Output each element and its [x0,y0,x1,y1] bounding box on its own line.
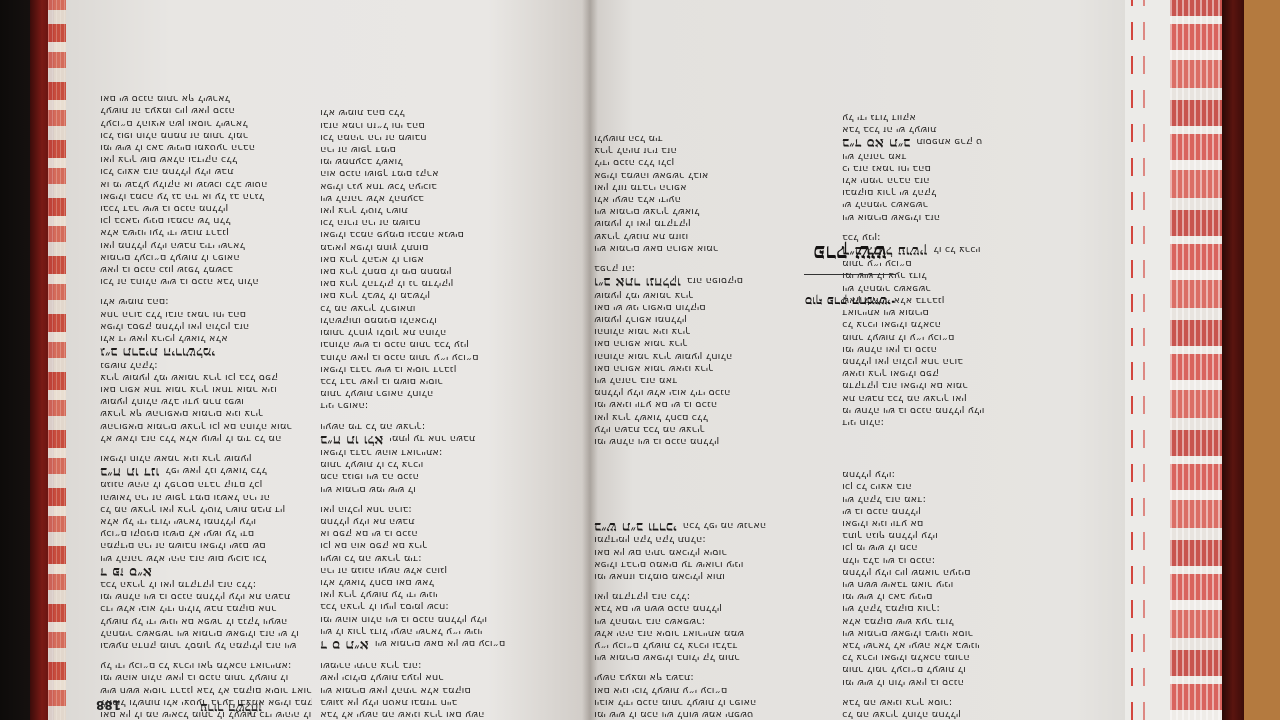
text-line: בכל הצריך לו ועיין בסימן שכח: [320,600,558,612]
text-line: אלא במקום שיש צער גדול [842,614,1100,626]
text-line: שאין בו סכנה כגון שנפל למשכב [100,263,312,275]
text-line: ולהשקותו סממנים ולהאכילו [320,314,558,326]
text-line: אבל לא יעשה מה שאינו צריך ואם עשה [320,708,558,720]
text-line: בשוגג אין עליו חטאת ובמזיד חייב [320,696,558,708]
text-line: ומי שמתעכב לשאול [320,155,558,167]
text-line: מחללין עליו שלא יבוא לידי סכנה [594,386,834,398]
text-line [594,663,834,671]
text-line: אבל ישראל לא יעשה אלא בשינוי [842,639,1100,651]
book-photo: ואם אין לו מה שיאכל מותר לו לעשות כדי שי… [0,0,1280,720]
text-line: שאינו צריך ואפילו ספק [842,367,1100,379]
text-line: אפילו בספק מחללין ואין הולכין בזה [100,320,312,332]
text-line: אפילו במשהו שאפשר לבוא [594,168,834,180]
text-line: אבל אם יש חשש סכנה מחללין [594,602,834,614]
text-line: ויש חשש שיאבד מאור עיניו [842,578,1100,590]
text-line: על ידי עכו״ם כל צרכיו ואף מלאכה דאורייתא… [100,659,312,671]
text-line: ואפילו חולה שאמר אינו צריך שומעין [100,452,312,464]
text-line: או מי שבלע עלוקה או שנשכו כלב שוטה [100,177,312,189]
text-line: וכל הזריז הרי זה משובח [320,216,558,228]
text-line: שלא יהיה בזה איסור דאורייתא ממש [594,627,834,639]
text-line: כל צרכיו ואפילו מלאכה גמורה [842,651,1100,663]
text-line: ולא יעשה בלא ידיעה [594,193,834,205]
text-line: אבל מה שאינו צריך אסור: [842,696,1100,708]
text-line [842,436,1100,444]
text-line: ובחולה שיש בו סכנה מותר בכל ענין [320,338,558,350]
text-line: מותר לומר לעכו״ם לעשות לו [842,663,1100,675]
text-line: ולעשות הכל מיד [594,132,834,144]
text-line: ואין צריך ליטול רשות [320,204,558,216]
text-line: וכל זה בחולה שיש בו סכנה אבל חולה [100,275,312,287]
text-line: ולא יחמיר הרבה בזה [842,174,1100,186]
text-line: דיני חולה: [842,416,1100,428]
text-line: וכל גופו חולה מחמת זה מותר לומר [100,129,312,141]
text-line: יש להחמיר כשאפשר [842,198,1100,210]
text-line: ב״ש ת״ב ודרכיהכל לפי מה שנראה [594,519,834,533]
text-line [842,428,1100,436]
text-line: עכו״ם וקטנים ונשים לא יעשו על ידם [100,527,312,539]
text-line [594,582,834,590]
text-line: ומי שהוא חולה שאין בו סכנה מותר לעשות לו [100,671,312,683]
text-line: ויש לו צורך גדול יעשה ישראל ע״י שינוי [320,625,558,637]
margin-marker: ב״ש ת״ב ודרכי [594,519,677,533]
text-line: ואם הרופא אומר צריך [594,337,834,349]
text-line: הוא סכנה ושופך דמים נקרא [320,167,558,179]
text-line: דיני רפואה: [320,399,558,411]
text-line: ואפילו אינו יודע אם [842,517,1100,529]
text-line: או ספק אם יש בו סכנה [320,527,558,539]
text-line: ואין צריך לעשות על ידי שינוי [320,588,558,600]
text-line: ויש אומרים שמי שיש לו [320,482,558,494]
text-line: ואפילו בכמה פעמים ובכמה אנשים [320,228,558,240]
text-line: ואם רופא אחד אומר צריך ואחד אומר אינו [100,383,312,395]
text-line: עליו השבת בכל מה שצריך [594,423,834,435]
text-line: מותר לעשות לו ע״י עכו״ם [842,330,1100,342]
text-line: ויש אומרים שאין להתיר אלא במקום [320,683,558,695]
text-line: שצריך אף שהרופאים אומרים אינו צריך [100,407,312,419]
text-line: שומעין לחולה שלב יודע מרת נפשו [100,395,312,407]
text-line: וכל המהיר הרי זה משובח [320,131,558,143]
text-line: ויבוא לידי סכנה מותר לעשות לו רפואה [594,696,834,708]
text-line: לעשות על ידי שינוי אם אפשר לו בנקל ויעשה [100,614,312,626]
text-line: מחללין ואין הולכין אחר הרוב [842,355,1100,367]
text-line: ואין צריך לשאול לחכם כלל [594,410,834,422]
text-line: את השבת בכל מה שצריך ואין [842,391,1100,403]
text-line: ואין לזוז מדברי הרופא [594,181,834,193]
text-line: ומקדימין הקל הקל תחלה: [594,533,834,545]
text-line: ומי שיש לו כאב עיניים [842,590,1100,602]
text-line: ויש אומרים שאפילו בחולי קל מותר [594,651,834,663]
text-line: ומי שיש לו מכה ויש לחוש שמא יתפשט [594,708,834,720]
text-line: ומי שחלה ואין בו סכנה [842,343,1100,355]
text-line: שיש חשש איסור דרבנן אבל לא במקום איסור ד… [100,683,312,695]
text-line: אלא על ידי גדולי ישראל ומחללין עליו [100,515,312,527]
text-line: יש בו סכנה מחללין [842,505,1100,517]
text-line: אלא בשינוי ועל ידי שבות דרבנן [100,226,312,238]
text-line: הרי זה שופך דמים [320,143,558,155]
text-line: ע״י עכו״ם לעשות כל צרכיו ובלבד [594,639,834,651]
text-line [594,503,834,511]
text-line: ואם צריך להדליק לו נר מדליקין [320,277,558,289]
text-line: ואין מדקדקין בזה כלל: [594,590,834,602]
book-cover-right [1222,0,1244,720]
text-line: ואין מחללין עליו השבת בידי ישראל [100,238,312,250]
text-line [320,495,558,503]
text-line: ד פז ס״א [100,564,312,578]
text-line: לא שאלו בזה כלל אלא עושין לו מיד כל מה [100,432,312,444]
text-line [594,447,834,455]
text-line: ואין צריך שום שאלה ובדיקה כלל [100,153,312,165]
text-line: כל מה שצריך לחולה מחללין [842,708,1100,720]
text-line: לעשות זה בעצמו כיון שאין סכנה [100,104,312,116]
text-line: והשואל הרי זה שופך דמים ונשאל הרי זה [100,490,312,502]
text-line: ואם אין שם היתר מאכילין איסור [594,545,834,557]
left-page-column-2: אבל לא יעשה מה שאינו צריך ואם עשהבשוגג א… [320,0,558,720]
text-line: אומרים לעכו״ם לעשות לו רפואה [100,251,312,263]
chapter-heading: פרק שש [760,240,940,266]
text-line: אבל בכל זה יש לעשות [842,123,1100,135]
text-line: מדקדקין בזה ואפילו אם אומר [842,379,1100,391]
text-line [100,287,312,295]
text-line: וכל כיוצא בזה מחללין עליו שבת [100,165,312,177]
text-line [320,411,558,419]
text-line: וכן אם הוא ספק אם צריך [320,539,558,551]
text-line: כי בזה נאמר וחי בהם [842,162,1100,174]
text-line: ויש אומרים שצריך לשאול [594,205,834,217]
text-line: שומעין לרופא ומחללין [594,313,834,325]
text-line: ואם צריך לחמם לו מים מחממין [320,265,558,277]
text-line: בתוך הגוף מחללין עליו [842,529,1100,541]
text-line: והחולה אומר אינו צריך [594,325,834,337]
text-line: ומי שחלה ויש בו סכנה מחללין עליו את השבת [100,590,312,602]
text-line: מותר לעשות רפואה לחולה [320,387,558,399]
running-head: ערוך השלחן [200,700,262,716]
text-line: ובמקום צורך יש להקל [842,186,1100,198]
text-line [100,651,312,659]
page-number: 188 [96,698,121,712]
text-line: ולא שימות בהם כלל [320,106,558,118]
text-line [594,463,834,471]
text-line [842,223,1100,231]
text-line: ב״ד סא ת״בתוספתא פרק ט [842,135,1100,149]
text-line [842,444,1100,452]
text-line: בכל דבר שאין בו משום איסור [320,375,558,387]
text-line: מביאין אפילו מחוץ לתחום [320,240,558,252]
text-line [594,495,834,503]
text-line: ושמירה יתירה צריך בזה: [320,659,558,671]
left-page-column-1: ואם אין לו מה שיאכל מותר לו לעשות כדי שי… [100,0,312,720]
text-line: ואם צריך להביא לו רופא [320,253,558,265]
text-line: וכן בכאבי עינים ובמכה של חלל [100,214,312,226]
text-line: אפילו רגע אחד שכל העיכוב [320,179,558,191]
text-line: שהרופאים אומרים שצריך וכן אם החולה אומר [100,419,312,431]
text-line [594,455,834,463]
text-line: כל מה שצריך ואין צריך ליטול רשות מבית די… [100,503,312,515]
text-line: ובכל דבר שיש בו סכנה מחללין [100,202,312,214]
text-line [594,479,834,487]
chapter-subheading: סוף פרק החמישי· [760,293,940,309]
text-line: בחולה שאין בו סכנה מותר ע״י עכו״ם [320,350,558,362]
text-line: ויש להחמיר בזה כשאפשר: [594,614,834,626]
text-line: ואפילו בדבר שהוא דאורייתא: [320,446,558,458]
margin-marker: ב״ד סא ת״ב [842,135,910,149]
text-line: שאין יכולים לעשות בענין אחר [320,671,558,683]
margin-marker: ב״ח תו ולא [320,432,383,446]
text-line: ובשעת הדחק מותר לסמוך על המקילין בזה ויש [100,639,312,651]
text-line: ולא די שאין צריכין לשאול אלא [100,332,312,344]
text-line: אפילו דברים טמאים עד שיאורו עיניו [594,558,834,570]
text-line: אחר הרוב כלל ובזה נאמר וחי בהם [100,308,312,320]
text-line: ויש אומרים שאפילו בזה [842,210,1100,222]
text-line: ויעשה מיד כל מה שצריך: [320,419,558,431]
text-line: ומי שאינו יודע אם יש בו סכנה [594,398,834,410]
text-line: בכל הצריך לו ואין מדקדקין בזה כלל: [100,578,312,590]
text-line: כדי שלא יבוא לידי חילול שבת במקום אחר [100,602,312,614]
text-line: לידי סכנה כלל ולכן [594,156,834,168]
text-line: ד ס ת״אויש אומרים שאם אין שם עכו״ם [320,637,558,651]
text-line: כל צרכיו ואפילו מלאכה [842,318,1100,330]
text-line: ואם יש סכנה מותר אף לישראל [100,92,312,104]
text-line: והחולה אומר צריך שומעין לחולה [594,349,834,361]
text-line [842,688,1100,696]
margin-marker: ד ס ת״א [320,637,369,651]
text-line: מותר לעשות לו כל צרכיו [320,458,558,470]
text-line [594,471,834,479]
text-line: על ידי גדול דווקא [842,111,1100,123]
text-line: ומי שחלה ויש בו סכנה מחללין [594,435,834,447]
text-line [100,444,312,452]
text-line [842,452,1100,460]
text-line: ויש להזהר מאד [842,149,1100,161]
text-line: ומי שהוא חולה ויש בו סכנה מחללין עליו [320,612,558,624]
margin-marker: ג״ב תרבית הירושלמי [100,344,215,358]
text-line: ומותר לרחוץ ולסוך את החולה [320,326,558,338]
text-line: כל מה שצריך לרפואתו [320,302,558,314]
margin-marker: ב״ח תו דנו [100,464,159,478]
text-line: ואם הרופא אומר שאינו צריך [594,362,834,374]
text-line: המקדים הרי זה משובח ואפילו ישנם שם [100,539,312,551]
wooden-table [1242,0,1280,720]
text-line: ומי שיש לו כאב שיניים ומצטער הרבה [100,141,312,153]
text-line: נפשות להקל: [100,358,312,370]
chapter-heading-block: סוף פרק החמישי· פרק שש [760,240,940,313]
text-line: ויש להקל בזה מאד: [842,492,1100,504]
text-line: מי שחלה ויש בו סכנה מחללין עליו [842,404,1100,416]
text-line: ואין הולכין אחר הרוב: [320,503,558,515]
text-line: מחללין עליו את השבת [320,515,558,527]
text-line: מחללין עליו: [842,468,1100,480]
text-line: ב״ח תו ולאימתין עד אחר השבת [320,432,558,446]
text-line: ויש להקל במקום צורך: [842,602,1100,614]
page-edges-right [1125,0,1225,720]
text-line: להחמיר כשאפשר ויש אומרים שאפילו בזה יש ל… [100,627,312,639]
text-line: ומי שיש לו חולי שאין בו סכנה [842,675,1100,687]
text-line: ואפילו במכה על גב היד או על גב הרגל [100,190,312,202]
text-line: ואפילו בדבר שיש בו איסור דרבנן [320,363,558,375]
text-line: ב״ח תו דנולפי שאין לנו לשאול כלל [100,464,312,478]
text-line: ובזה אמרו חז״ל וחי בהם [320,118,558,130]
text-line: מכה בגופו ויש בה סכנה [320,470,558,482]
right-page-column-2: כל מה שצריך לחולה מחלליןאבל מה שאינו צרי… [842,0,1100,720]
text-line: ואם צריך לבשל לו מבשלין [320,289,558,301]
heading-rule [804,274,896,275]
text-line: ויש להזהר שלא להתעכב [320,192,558,204]
text-line: ויש להזהר בזה מאד [594,374,834,386]
text-line: ואם אינו יכול לעשות ע״י עכו״ם [594,683,834,695]
text-line: ויעשו כל מה שצריך מיד: [320,551,558,563]
text-line: יעשה בעצמו אף בשבת: [594,671,834,683]
text-line: מחללין עליו כיון שמאור העינים [842,566,1100,578]
text-line [594,487,834,495]
text-line: ולא לשאול לחכם ואם שאל [320,576,558,588]
text-line: צריך להיות זריז בזה [594,144,834,156]
right-page-column-1: ומי שיש לו מכה ויש לחוש שמא יתפשטויבוא ל… [594,0,834,720]
text-line: ולא שימות בהם: [100,295,312,307]
text-line: לעכו״ם להוציא השן ואסור לישראל [100,116,312,128]
margin-marker: ד פז ס״א [100,564,152,578]
text-line: תלוי בלב ויש בו סכנה: [842,553,1100,565]
text-line: וכן כל כיוצא בזה [842,480,1100,492]
text-line: צריך שומעין למי שאומר צריך וכן בכל ספק [100,371,312,383]
text-line: ויש אומרים שאפילו בשינוי אסור [842,627,1100,639]
text-line: ומי שאחזו בולמוס מאכילין אותו [594,570,834,582]
text-line: וכן מי שיש לו מכה [842,541,1100,553]
text-line [320,651,558,659]
text-line [842,460,1100,468]
margin-marker: ו״ב אתר ונחלקו [594,274,681,288]
text-line: שומעין לו ואין מדקדקין [594,217,834,229]
text-line: ויש להזהר שלא יהיה בזה שום עיכוב וכל [100,551,312,563]
text-line [594,511,834,519]
text-line: ג״ב תרבית הירושלמי [100,344,312,358]
text-line: מגונה שהיה לו לפרסם הדבר קודם לכן [100,478,312,490]
text-line: הרי זה מגונה ועשה שלא כהוגן [320,564,558,576]
